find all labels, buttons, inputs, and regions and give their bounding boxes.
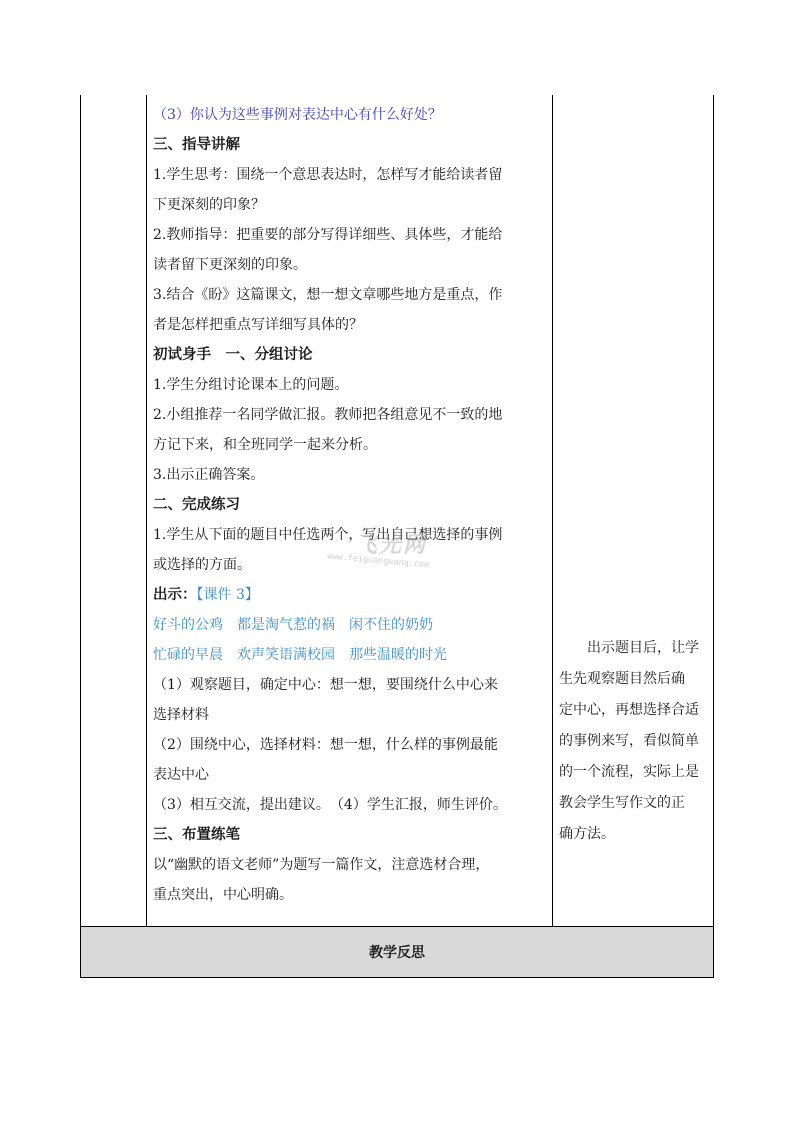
text-line: 选择材料	[153, 700, 551, 730]
teaching-reflection-title: 教学反思	[369, 942, 425, 962]
text-line: 下更深刻的印象？	[153, 190, 551, 220]
side-note-line: 出示题目后，让学	[559, 633, 711, 664]
side-note-line: 生先观察题目然后确	[559, 664, 711, 695]
text-line: （3）相互交流，提出建议。 （4）学生汇报，师生评价。	[153, 790, 551, 820]
text-line: 3.出示正确答案。	[153, 460, 551, 490]
teaching-reflection-row: 教学反思	[81, 927, 713, 977]
text-line: 2.教师指导：把重要的部分写得详细些、具体些，才能给	[153, 220, 551, 250]
text-line: 1.学生分组讨论课本上的问题。	[153, 370, 551, 400]
text-line: 方记下来，和全班同学一起来分析。	[153, 430, 551, 460]
courseware-link: 【课件 3】	[197, 587, 259, 603]
section-heading: 三、指导讲解	[153, 130, 551, 160]
section-heading: 初试身手 一、分组讨论	[153, 340, 551, 370]
table-border-bottom	[80, 977, 714, 978]
table-border-col2	[146, 95, 147, 927]
text-line: 3.结合《盼》这篇课文，想一想文章哪些地方是重点，作	[153, 280, 551, 310]
side-note-line: 定中心，再想选择合适	[559, 695, 711, 726]
section-heading: 三、布置练笔	[153, 820, 551, 850]
side-note-line: 确方法。	[559, 819, 711, 850]
table-border-right	[713, 95, 714, 978]
text-line: （2）围绕中心，选择材料：想一想，什么样的事例最能	[153, 730, 551, 760]
side-note-line: 的一个流程，实际上是	[559, 757, 711, 788]
topic-options-line: 好斗的公鸡 都是淘气惹的祸 闲不住的奶奶	[153, 610, 551, 640]
question-line: （3）你认为这些事例对表达中心有什么好处？	[153, 100, 551, 130]
design-intent-cell: 出示题目后，让学 生先观察题目然后确 定中心，再想选择合适 的事例来写，看似简单…	[559, 633, 711, 850]
text-line: 重点突出，中心明确。	[153, 880, 551, 910]
text-line: 以“幽默的语文老师”为题写一篇作文，注意选材合理，	[153, 850, 551, 880]
text-line: 或选择的方面。	[153, 550, 551, 580]
text-line: 1.学生从下面的题目中任选两个，写出自己想选择的事例	[153, 520, 551, 550]
text-line: 读者留下更深刻的印象。	[153, 250, 551, 280]
text-line: 2.小组推荐一名同学做汇报。教师把各组意见不一致的地	[153, 400, 551, 430]
text-line: 1.学生思考：围绕一个意思表达时，怎样写才能给读者留	[153, 160, 551, 190]
table-border-col3	[552, 95, 553, 927]
topic-options-line: 忙碌的早晨 欢声笑语满校园 那些温暖的时光	[153, 640, 551, 670]
text-line: 者是怎样把重点写详细写具体的？	[153, 310, 551, 340]
text-line: （1）观察题目，确定中心：想一想，要围绕什么中心来	[153, 670, 551, 700]
table-border-left	[80, 95, 81, 978]
text-line: 表达中心	[153, 760, 551, 790]
side-note-line: 的事例来写，看似简单	[559, 726, 711, 757]
show-label: 出示：	[153, 587, 197, 603]
side-note-line: 教会学生写作文的正	[559, 788, 711, 819]
show-courseware-line: 出示：【课件 3】	[153, 580, 551, 610]
teaching-process-cell: （3）你认为这些事例对表达中心有什么好处？ 三、指导讲解 1.学生思考：围绕一个…	[153, 100, 551, 910]
section-heading: 二、完成练习	[153, 490, 551, 520]
